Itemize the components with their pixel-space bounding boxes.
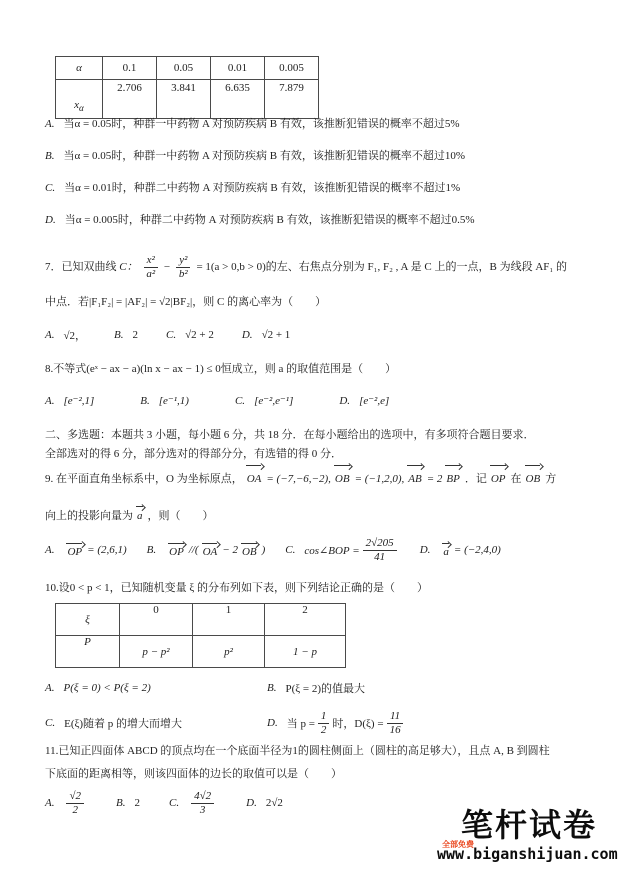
option-label: C. xyxy=(166,329,176,341)
stem-text: 9. 在平面直角坐标系中，O 为坐标原点， xyxy=(45,473,243,485)
exam-page: α 0.1 0.05 0.01 0.005 xα 2.706 3.841 6.6… xyxy=(0,0,624,889)
option-text: P(ξ = 0) < P(ξ = 2) xyxy=(63,682,150,694)
option-c: C.√2 + 2 xyxy=(166,329,214,341)
question-10-stem: 10.设0 < p < 1，已知随机变量 ξ 的分布列如下表，则下列结论正确的是… xyxy=(45,581,590,595)
fraction-numerator: 1 xyxy=(318,710,330,724)
question-10-options: A.P(ξ = 0) < P(ξ = 2) B.P(ξ = 2)的值最大 C.E… xyxy=(45,680,590,736)
table-cell: 0.01 xyxy=(211,57,265,80)
option-label: B. xyxy=(45,150,54,162)
option-text: 当α = 0.05时，种群一中药物 A 对预防疾病 B 有效，该推断犯错误的概率… xyxy=(63,118,459,130)
question-10: 10.设0 < p < 1，已知随机变量 ξ 的分布列如下表，则下列结论正确的是… xyxy=(45,581,590,736)
option-text: //( xyxy=(189,544,199,556)
vector-oa: OA xyxy=(201,542,221,558)
option-label: C. xyxy=(235,395,245,407)
vector-a: a xyxy=(135,505,146,523)
fraction-numerator: 2√205 xyxy=(363,537,397,551)
vector-ob: OB xyxy=(524,464,544,490)
option-d: D.a= (−2,4,0) xyxy=(420,542,501,558)
table-cell: 0.005 xyxy=(265,57,319,80)
option-c: C.E(ξ)随着 p 的增大而增大 xyxy=(45,715,267,731)
fraction-numerator: 11 xyxy=(387,710,403,724)
question-8-stem: 8.不等式(eˣ − ax − a)(ln x − ax − 1) ≤ 0恒成立… xyxy=(45,362,590,377)
question-7: 7．已知双曲线 C： x²a² − y²b² = 1(a > 0,b > 0)的… xyxy=(45,246,590,343)
option-text: 当α = 0.05时，种群一中药物 A 对预防疾病 B 有效，该推断犯错误的概率… xyxy=(63,150,465,162)
option-label: A. xyxy=(45,395,54,407)
question-11-stem-line2: 下底面的距离相等，则该四面体的边长的取值可以是（ ） xyxy=(45,767,590,781)
option-c: C.[e⁻²,e⁻¹] xyxy=(235,394,293,407)
vector-a: a xyxy=(441,542,452,558)
option-a: A.[e⁻²,1] xyxy=(45,394,94,407)
stem-math: = (−1,2,0), xyxy=(355,473,405,485)
fraction-numerator: y² xyxy=(176,254,190,268)
option-b: B.2 xyxy=(114,329,138,341)
question-8: 8.不等式(eˣ − ax − a)(ln x − ax − 1) ≤ 0恒成立… xyxy=(45,362,590,407)
watermark-url-line: 全部免费 www.biganshijuan.com xyxy=(437,845,622,863)
vector-op: OP xyxy=(489,464,509,490)
alpha-symbol: α xyxy=(76,62,82,74)
watermark-free-badge: 全部免费 xyxy=(442,839,474,850)
option-text: √2 + 2 xyxy=(185,329,214,341)
option-text: [e⁻²,e] xyxy=(359,394,389,407)
option-a: A.P(ξ = 0) < P(ξ = 2) xyxy=(45,682,267,694)
table-cell-alpha-head: α xyxy=(56,57,103,80)
option-b: B.2 xyxy=(116,797,140,809)
alpha-row: α 0.1 0.05 0.01 0.005 xyxy=(56,57,319,80)
option-label: A. xyxy=(45,118,54,130)
option-label: A. xyxy=(45,797,54,809)
fraction-denominator: b² xyxy=(176,268,191,281)
watermark-brand: 笔杆试卷 xyxy=(461,806,622,844)
option-d: D.当α = 0.005时，种群二中药物 A 对预防疾病 B 有效，该推断犯错误… xyxy=(45,214,585,226)
option-label: B. xyxy=(114,329,123,341)
stem-text: ．记 xyxy=(465,473,487,485)
option-c: C.4√23 xyxy=(169,790,217,816)
option-a: A.√22 xyxy=(45,790,87,816)
table-cell: 2.706 xyxy=(103,80,157,119)
question-9: 9. 在平面直角坐标系中，O 为坐标原点，OA= (−7,−6,−2),OB= … xyxy=(45,464,590,568)
stem-math: = 2 xyxy=(427,473,443,485)
watermark: 笔杆试卷 全部免费 www.biganshijuan.com xyxy=(437,806,622,863)
fraction-11-16: 1116 xyxy=(387,710,404,736)
question-6-options: A.当α = 0.05时，种群一中药物 A 对预防疾病 B 有效，该推断犯错误的… xyxy=(45,118,585,246)
option-a: A.OP= (2,6,1) xyxy=(45,542,127,558)
option-text: √2 + 1 xyxy=(262,329,291,341)
table-cell: 0.1 xyxy=(103,57,157,80)
table-cell: 2 xyxy=(265,604,346,636)
option-label: B. xyxy=(140,395,149,407)
option-text: 时，D(ξ) = xyxy=(332,715,383,731)
option-text: 2√2 xyxy=(266,797,283,809)
option-text: P(ξ = 2)的值最大 xyxy=(285,680,365,696)
x-alpha-row: xα 2.706 3.841 6.635 7.879 xyxy=(56,80,319,119)
option-text: E(ξ)随着 p 的增大而增大 xyxy=(64,715,182,731)
vector-op: OP xyxy=(167,542,187,558)
option-text: = (−2,4,0) xyxy=(454,544,501,556)
table-cell: p² xyxy=(193,636,265,668)
stem-text: 方 xyxy=(545,473,556,485)
option-label: C. xyxy=(285,544,295,556)
table-cell: 7.879 xyxy=(265,80,319,119)
fraction-denominator: 41 xyxy=(371,551,388,564)
option-label: B. xyxy=(147,544,156,556)
vector-op: OP xyxy=(65,542,85,558)
fraction-sqrt2-2: √22 xyxy=(66,790,84,816)
question-7-options: A.√2， B.2 C.√2 + 2 D.√2 + 1 xyxy=(45,327,590,343)
fraction-cos-bop: 2√20541 xyxy=(363,537,397,563)
question-9-options: A.OP= (2,6,1) B.OP//(OA− 2OB) C.cos∠BOP … xyxy=(45,532,590,568)
option-label: D. xyxy=(45,214,56,226)
section-2-header: 二、多选题：本题共 3 小题，每小题 6 分，共 18 分．在每小题给出的选项中… xyxy=(45,426,585,464)
option-b: B.[e⁻¹,1) xyxy=(140,394,189,407)
table-cell: 0.05 xyxy=(157,57,211,80)
option-text: √2， xyxy=(63,327,86,343)
section-2-line2: 全部选对的得 6 分，部分选对的得部分分，有选错的得 0 分． xyxy=(45,445,585,464)
fraction-4sqrt2-3: 4√23 xyxy=(191,790,214,816)
table-cell-p-head: P xyxy=(56,636,120,668)
stem-text: 向上的投影向量为 xyxy=(45,510,133,522)
fraction-denominator: a² xyxy=(143,268,158,281)
stem-text: = 1(a > 0,b > 0)的左、右焦点分别为 F₁, F₂ , A 是 C… xyxy=(196,261,567,273)
option-b: B.OP//(OA− 2OB) xyxy=(147,542,266,558)
option-c: C.cos∠BOP =2√20541 xyxy=(285,537,399,563)
fraction-denominator: 2 xyxy=(70,804,82,817)
question-11-stem-line1: 11.已知正四面体 ABCD 的顶点均在一个底面半径为1的圆柱侧面上（圆柱的高足… xyxy=(45,744,590,758)
option-text: 当 p = xyxy=(287,715,315,731)
section-2-line1: 二、多选题：本题共 3 小题，每小题 6 分，共 18 分．在每小题给出的选项中… xyxy=(45,426,585,445)
option-text: cos∠BOP = xyxy=(304,544,359,557)
option-label: D. xyxy=(420,544,431,556)
option-label: C. xyxy=(45,182,55,194)
option-label: D. xyxy=(267,717,278,729)
option-text: 当α = 0.01时，种群二中药物 A 对预防疾病 B 有效，该推断犯错误的概率… xyxy=(64,182,460,194)
option-b: B.P(ξ = 2)的值最大 xyxy=(267,680,590,696)
option-label: B. xyxy=(267,682,276,694)
stem-text: 在 xyxy=(511,473,522,485)
table-cell: p − p² xyxy=(120,636,193,668)
table-cell: 3.841 xyxy=(157,80,211,119)
option-b: B.当α = 0.05时，种群一中药物 A 对预防疾病 B 有效，该推断犯错误的… xyxy=(45,150,585,162)
option-a: A.√2， xyxy=(45,327,86,343)
option-text: 2 xyxy=(133,329,139,341)
option-text: = (2,6,1) xyxy=(87,544,127,556)
fraction-denominator: 2 xyxy=(318,724,330,737)
alpha-subscript: α xyxy=(79,103,84,113)
option-d: D.2√2 xyxy=(246,797,283,809)
fraction-y2-b2: y²b² xyxy=(176,254,191,280)
fraction-numerator: √2 xyxy=(66,790,84,804)
fraction-denominator: 16 xyxy=(387,724,404,737)
question-7-stem-line2: 中点．若|F₁F₂| = |AF₂| = √2|BF₂|，则 C 的离心率为（ … xyxy=(45,295,590,309)
table-cell: 0 xyxy=(120,604,193,636)
p-row: P p − p² p² 1 − p xyxy=(56,636,346,668)
vector-ob: OB xyxy=(333,464,353,490)
stem-math: = (−7,−6,−2), xyxy=(266,473,331,485)
vector-oa: OA xyxy=(245,464,265,490)
stem-text: 7．已知双曲线 xyxy=(45,261,117,273)
critical-value-table: α 0.1 0.05 0.01 0.005 xα 2.706 3.841 6.6… xyxy=(55,56,319,119)
question-9-stem-line2: 向上的投影向量为a，则（ ） xyxy=(45,505,590,523)
vector-ob: OB xyxy=(240,542,260,558)
fraction-numerator: x² xyxy=(144,254,158,268)
option-text: 当α = 0.005时，种群二中药物 A 对预防疾病 B 有效，该推断犯错误的概… xyxy=(65,214,475,226)
distribution-table: ξ 0 1 2 P p − p² p² 1 − p xyxy=(55,603,346,668)
option-c: C.当α = 0.01时，种群二中药物 A 对预防疾病 B 有效，该推断犯错误的… xyxy=(45,182,585,194)
fraction-denominator: 3 xyxy=(197,804,209,817)
option-label: A. xyxy=(45,682,54,694)
table-cell: 6.635 xyxy=(211,80,265,119)
option-text: − 2 xyxy=(222,544,238,556)
minus-sign: − xyxy=(164,261,170,273)
fraction-one-half: 12 xyxy=(318,710,330,736)
option-text: [e⁻¹,1) xyxy=(159,394,189,407)
fraction-x2-a2: x²a² xyxy=(143,254,158,280)
option-d: D.√2 + 1 xyxy=(242,329,290,341)
option-label: D. xyxy=(242,329,253,341)
table-cell-xalpha-head: xα xyxy=(56,80,103,119)
option-label: D. xyxy=(339,395,350,407)
question-8-options: A.[e⁻²,1] B.[e⁻¹,1) C.[e⁻²,e⁻¹] D.[e⁻²,e… xyxy=(45,394,590,407)
curve-label: C： xyxy=(119,261,137,273)
option-a: A.当α = 0.05时，种群一中药物 A 对预防疾病 B 有效，该推断犯错误的… xyxy=(45,118,585,130)
option-text: [e⁻²,e⁻¹] xyxy=(254,394,293,407)
stem-text: ，则（ ） xyxy=(148,510,214,522)
fraction-numerator: 4√2 xyxy=(191,790,214,804)
option-label: A. xyxy=(45,544,54,556)
option-text: 2 xyxy=(135,797,141,809)
option-label: B. xyxy=(116,797,125,809)
option-text: [e⁻²,1] xyxy=(63,394,94,407)
table-cell: 1 − p xyxy=(265,636,346,668)
option-label: C. xyxy=(169,797,179,809)
vector-bp: BP xyxy=(444,464,462,490)
xi-row: ξ 0 1 2 xyxy=(56,604,346,636)
question-7-stem-line1: 7．已知双曲线 C： x²a² − y²b² = 1(a > 0,b > 0)的… xyxy=(45,246,590,288)
option-text: ) xyxy=(262,544,266,556)
question-9-stem-line1: 9. 在平面直角坐标系中，O 为坐标原点，OA= (−7,−6,−2),OB= … xyxy=(45,464,590,490)
table-cell: 1 xyxy=(193,604,265,636)
option-d: D.[e⁻²,e] xyxy=(339,394,389,407)
table-cell-xi-head: ξ xyxy=(56,604,120,636)
option-label: C. xyxy=(45,717,55,729)
option-label: D. xyxy=(246,797,257,809)
option-d: D.当 p =12时，D(ξ) =1116 xyxy=(267,710,590,736)
vector-ab: AB xyxy=(406,464,424,490)
option-label: A. xyxy=(45,329,54,341)
